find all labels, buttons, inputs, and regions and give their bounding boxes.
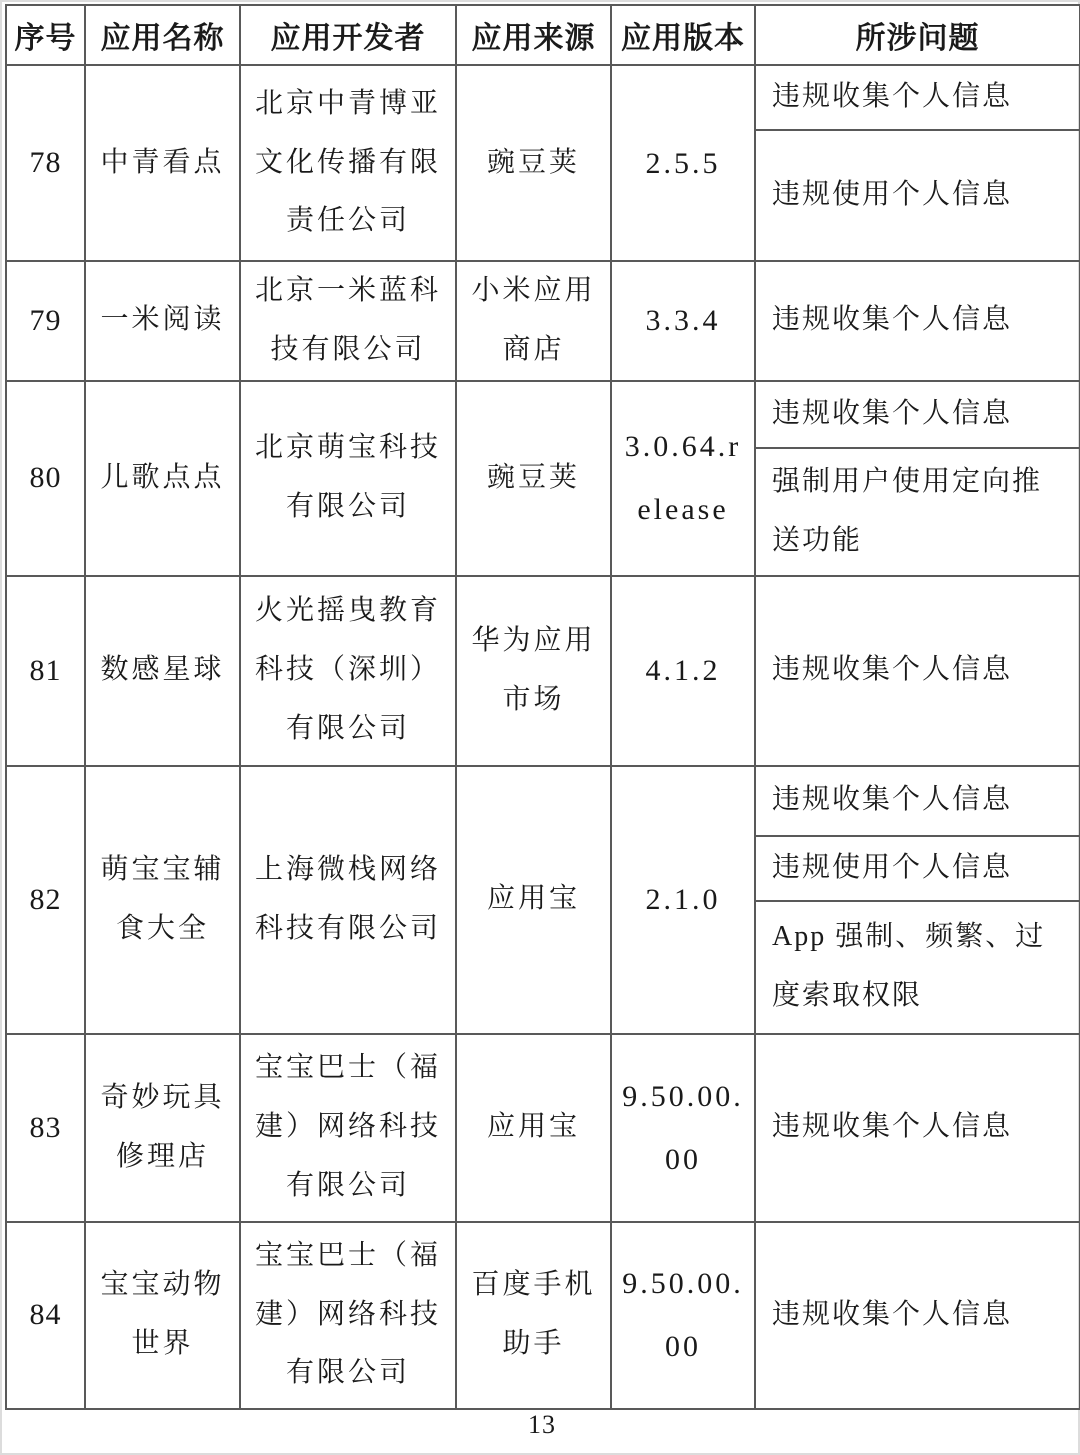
page-footer: 13 xyxy=(2,1410,1080,1440)
cell-serial-number: 82 xyxy=(6,766,85,1034)
cell-issue: 违规收集个人信息 xyxy=(755,261,1080,381)
cell-serial-number: 83 xyxy=(6,1034,85,1222)
cell-issue: 违规收集个人信息 xyxy=(755,766,1080,836)
cell-issue: 违规使用个人信息 xyxy=(755,836,1080,901)
cell-developer: 宝宝巴士（福建）网络科技有限公司 xyxy=(240,1034,456,1222)
cell-app-name: 一米阅读 xyxy=(85,261,240,381)
table-row-83: 83 奇妙玩具修理店 宝宝巴士（福建）网络科技有限公司 应用宝 9.50.00.… xyxy=(6,1034,1080,1222)
col-header-source: 应用来源 xyxy=(456,5,611,65)
cell-version: 3.0.64.release xyxy=(611,381,755,576)
table-row-78: 78 中青看点 北京中青博亚文化传播有限责任公司 豌豆荚 2.5.5 违规收集个… xyxy=(6,65,1080,130)
document-page: 序号 应用名称 应用开发者 应用来源 应用版本 所涉问题 78 中青看点 北京中… xyxy=(0,0,1080,1455)
col-header-serial: 序号 xyxy=(6,5,85,65)
cell-source: 百度手机助手 xyxy=(456,1222,611,1409)
cell-issue: 强制用户使用定向推送功能 xyxy=(755,448,1080,576)
table-row-79: 79 一米阅读 北京一米蓝科技有限公司 小米应用商店 3.3.4 违规收集个人信… xyxy=(6,261,1080,381)
cell-app-name: 儿歌点点 xyxy=(85,381,240,576)
col-header-app-name: 应用名称 xyxy=(85,5,240,65)
cell-app-name: 中青看点 xyxy=(85,65,240,261)
cell-developer: 上海微栈网络科技有限公司 xyxy=(240,766,456,1034)
cell-developer: 北京一米蓝科技有限公司 xyxy=(240,261,456,381)
cell-developer: 火光摇曳教育科技（深圳）有限公司 xyxy=(240,576,456,766)
cell-source: 华为应用市场 xyxy=(456,576,611,766)
col-header-issues: 所涉问题 xyxy=(755,5,1080,65)
table-header-row: 序号 应用名称 应用开发者 应用来源 应用版本 所涉问题 xyxy=(6,5,1080,65)
cell-serial-number: 78 xyxy=(6,65,85,261)
cell-issue: 违规收集个人信息 xyxy=(755,1034,1080,1222)
table-row-80: 80 儿歌点点 北京萌宝科技有限公司 豌豆荚 3.0.64.release 违规… xyxy=(6,381,1080,448)
cell-serial-number: 81 xyxy=(6,576,85,766)
cell-version: 4.1.2 xyxy=(611,576,755,766)
table-row-82: 82 萌宝宝辅食大全 上海微栈网络科技有限公司 应用宝 2.1.0 违规收集个人… xyxy=(6,766,1080,836)
cell-developer: 北京萌宝科技有限公司 xyxy=(240,381,456,576)
cell-app-name: 萌宝宝辅食大全 xyxy=(85,766,240,1034)
cell-app-name: 奇妙玩具修理店 xyxy=(85,1034,240,1222)
cell-issue: App 强制、频繁、过度索取权限 xyxy=(755,901,1080,1034)
table-row-84: 84 宝宝动物世界 宝宝巴士（福建）网络科技有限公司 百度手机助手 9.50.0… xyxy=(6,1222,1080,1409)
cell-issue: 违规使用个人信息 xyxy=(755,130,1080,261)
cell-version: 3.3.4 xyxy=(611,261,755,381)
cell-serial-number: 80 xyxy=(6,381,85,576)
col-header-developer: 应用开发者 xyxy=(240,5,456,65)
cell-version: 9.50.00.00 xyxy=(611,1222,755,1409)
cell-issue: 违规收集个人信息 xyxy=(755,1222,1080,1409)
cell-version: 2.1.0 xyxy=(611,766,755,1034)
cell-serial-number: 84 xyxy=(6,1222,85,1409)
cell-app-name: 宝宝动物世界 xyxy=(85,1222,240,1409)
cell-source: 应用宝 xyxy=(456,1034,611,1222)
violation-apps-table: 序号 应用名称 应用开发者 应用来源 应用版本 所涉问题 78 中青看点 北京中… xyxy=(5,4,1080,1410)
cell-serial-number: 79 xyxy=(6,261,85,381)
cell-source: 豌豆荚 xyxy=(456,65,611,261)
cell-source: 小米应用商店 xyxy=(456,261,611,381)
cell-issue: 违规收集个人信息 xyxy=(755,381,1080,448)
cell-version: 2.5.5 xyxy=(611,65,755,261)
cell-issue: 违规收集个人信息 xyxy=(755,65,1080,130)
page-number: 13 xyxy=(528,1410,556,1439)
cell-version: 9.50.00.00 xyxy=(611,1034,755,1222)
cell-app-name: 数感星球 xyxy=(85,576,240,766)
cell-source: 豌豆荚 xyxy=(456,381,611,576)
cell-issue: 违规收集个人信息 xyxy=(755,576,1080,766)
table-row-81: 81 数感星球 火光摇曳教育科技（深圳）有限公司 华为应用市场 4.1.2 违规… xyxy=(6,576,1080,766)
col-header-version: 应用版本 xyxy=(611,5,755,65)
cell-source: 应用宝 xyxy=(456,766,611,1034)
cell-developer: 北京中青博亚文化传播有限责任公司 xyxy=(240,65,456,261)
cell-developer: 宝宝巴士（福建）网络科技有限公司 xyxy=(240,1222,456,1409)
